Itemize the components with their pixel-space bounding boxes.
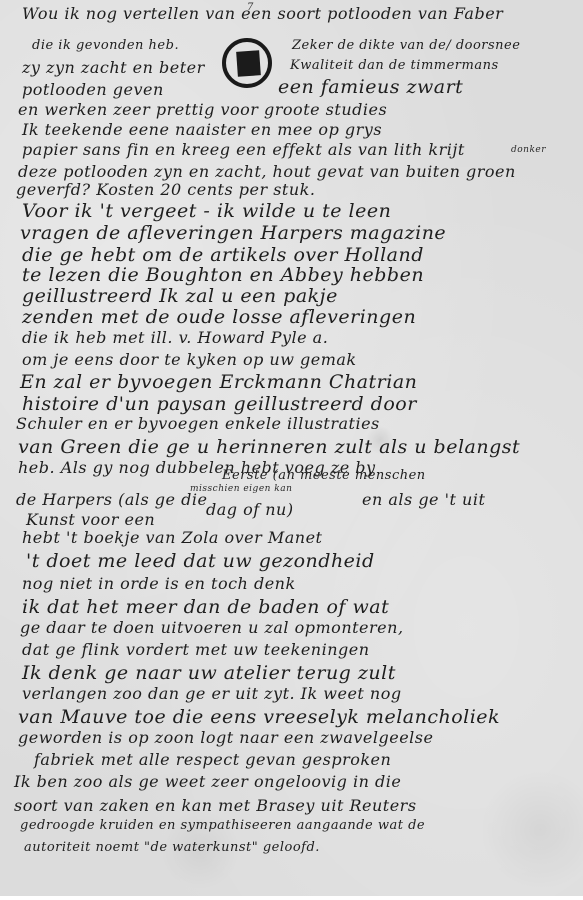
handwritten-line: die ik heb met ill. v. Howard Pyle a. — [22, 328, 328, 347]
handwritten-line: Ik ben zoo als ge weet zeer ongeloovig i… — [14, 772, 401, 791]
handwritten-line: 't doet me leed dat uw gezondheid — [26, 550, 375, 572]
handwritten-line: Kunst voor een — [26, 510, 155, 529]
handwritten-line: autoriteit noemt "de waterkunst" geloofd… — [24, 840, 320, 855]
handwritten-line: histoire d'un paysan geillustreerd door — [22, 393, 417, 415]
handwritten-line: Schuler en er byvoegen enkele illustrati… — [16, 414, 380, 433]
manuscript-page: 7 Wou ik nog vertellen van een soort pot… — [0, 0, 583, 896]
handwritten-line: de Harpers (als ge die — [16, 490, 207, 509]
handwritten-line: en als ge 't uit — [362, 490, 485, 509]
handwritten-line: Zeker de dikte van de/ doorsnee — [292, 38, 520, 53]
handwritten-line: soort van zaken en kan met Brasey uit Re… — [14, 796, 417, 815]
handwritten-line: zy zyn zacht en beter — [22, 58, 205, 77]
handwritten-line: vragen de afleveringen Harpers magazine — [20, 222, 446, 244]
circled-square-icon — [222, 38, 272, 88]
handwritten-line: papier sans fin en kreeg een effekt als … — [22, 140, 465, 159]
ink-square — [236, 50, 261, 77]
handwritten-line: Kwaliteit dan de timmermans — [290, 58, 499, 73]
handwritten-line: zenden met de oude losse afleveringen — [22, 306, 416, 328]
handwritten-line: geworden is op zoon logt naar een zwavel… — [18, 728, 433, 747]
handwritten-line: om je eens door te kyken op uw gemak — [22, 350, 357, 369]
handwritten-line: van Mauve toe die eens vreeselyk melanch… — [18, 706, 500, 728]
handwritten-line: Voor ik 't vergeet - ik wilde u te leen — [22, 200, 391, 222]
handwritten-line: hebt 't boekje van Zola over Manet — [22, 528, 322, 547]
handwritten-line: ge daar te doen uitvoeren u zal opmonter… — [20, 618, 404, 637]
handwritten-line: verlangen zoo dan ge er uit zyt. Ik weet… — [22, 684, 402, 703]
handwritten-line: gedroogde kruiden en sympathiseeren aang… — [20, 818, 425, 833]
handwritten-line: te lezen die Boughton en Abbey hebben — [22, 264, 424, 286]
handwritten-line: Ik denk ge naar uw atelier terug zult — [22, 662, 396, 684]
handwritten-line: een famieus zwart — [278, 76, 463, 98]
handwritten-line: fabriek met alle respect gevan gesproken — [34, 750, 391, 769]
handwritten-line: die ik gevonden heb. — [32, 38, 179, 53]
handwritten-line: Ik teekende eene naaister en mee op grys — [22, 120, 382, 139]
handwritten-line: die ge hebt om de artikels over Holland — [22, 244, 424, 266]
handwritten-line: Eerste (an meeste menschen — [222, 468, 426, 483]
handwritten-line: Wou ik nog vertellen van een soort potlo… — [22, 4, 503, 23]
handwritten-line: en werken zeer prettig voor groote studi… — [18, 100, 387, 119]
handwritten-line: geverfd? Kosten 20 cents per stuk. — [16, 180, 315, 199]
handwritten-line: misschien eigen kan — [190, 484, 292, 494]
handwritten-line: geillustreerd Ik zal u een pakje — [22, 285, 338, 307]
page-bottom-edge — [0, 896, 583, 900]
handwritten-line: donker — [511, 145, 546, 155]
handwritten-line: ik dat het meer dan de baden of wat — [22, 596, 389, 618]
handwritten-line: En zal er byvoegen Erckmann Chatrian — [20, 371, 417, 393]
handwritten-line: dag of nu) — [206, 500, 294, 519]
handwritten-line: potlooden geven — [22, 80, 164, 99]
handwritten-line: nog niet in orde is en toch denk — [22, 574, 296, 593]
handwritten-line: dat ge flink vordert met uw teekeningen — [22, 640, 370, 659]
handwritten-line: van Green die ge u herinneren zult als u… — [18, 436, 520, 458]
handwritten-line: deze potlooden zyn en zacht, hout gevat … — [18, 162, 516, 181]
